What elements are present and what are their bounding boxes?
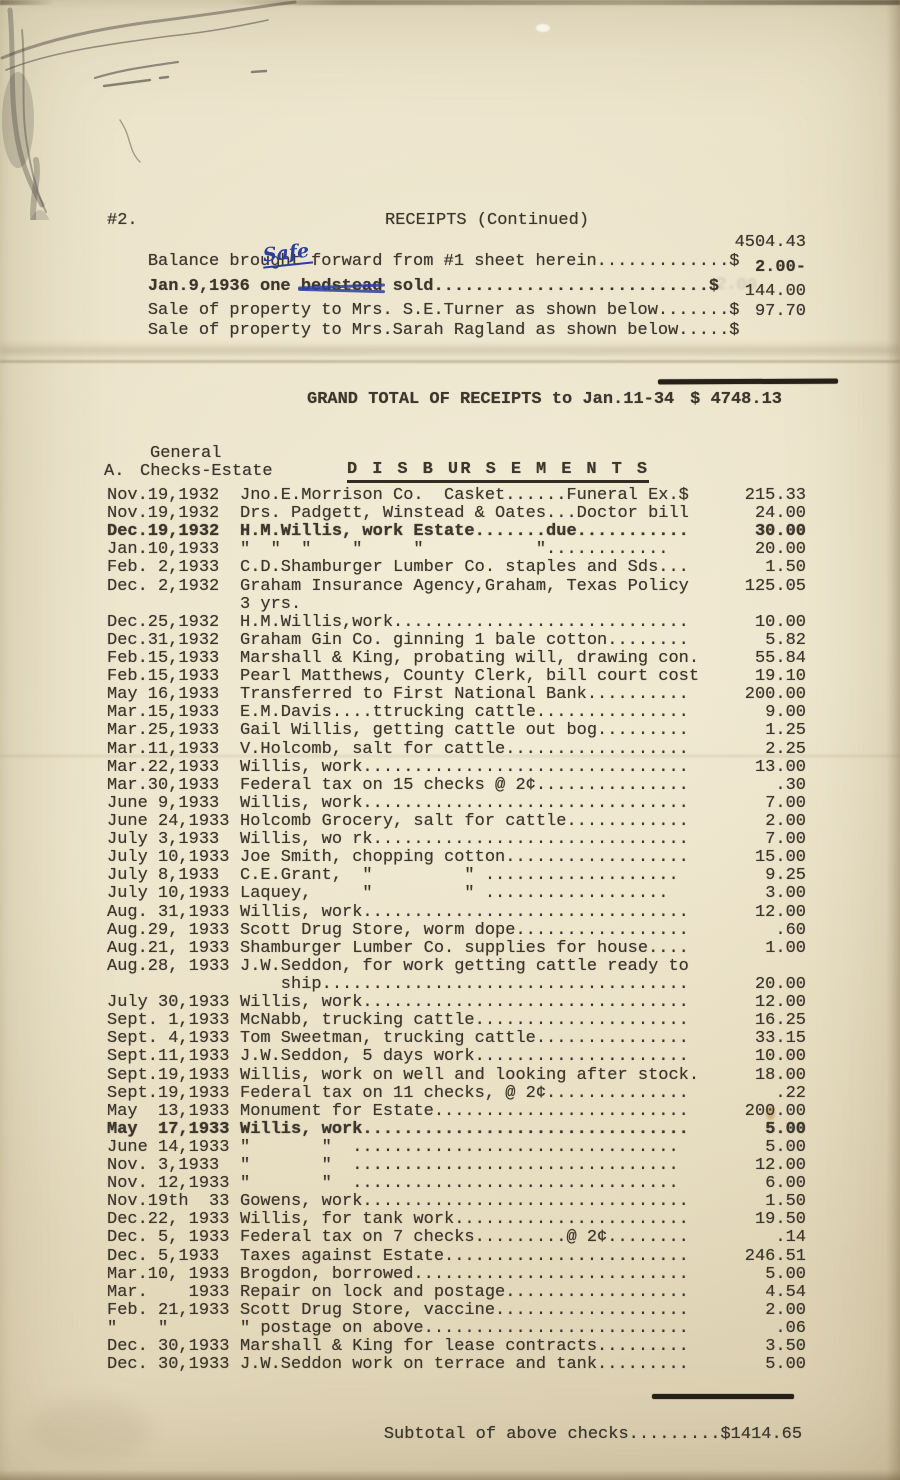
- row-amount: 5.00: [765, 1356, 806, 1374]
- table-row: May 16,1933Transferred to First National…: [107, 686, 806, 704]
- row-desc: Graham Gin Co. ginning 1 bale cotton....…: [240, 631, 689, 650]
- disbursements-title: D I S B UR S E M E N T S: [347, 460, 649, 483]
- table-row: Dec. 30,1933J.W.Seddon work on terrace a…: [107, 1356, 806, 1374]
- receipt-row-edited: Jan.9,1936 one bedstead sold............…: [107, 258, 806, 278]
- table-row: Dec.25,1932H.M.Willis,work..............…: [107, 614, 806, 632]
- row-amount: 20.00: [755, 976, 806, 994]
- row-amount: 3.00: [765, 885, 806, 903]
- row-date: Sept. 1,1933: [107, 1012, 240, 1030]
- table-row: Feb.15,1933Marshall & King, probating wi…: [107, 650, 806, 668]
- row-date: Mar.11,1933: [107, 741, 240, 759]
- row-amount: 3.50: [765, 1338, 806, 1356]
- row-amount: 200.00: [745, 686, 806, 704]
- table-row: Mar.22,1933Willis, work.................…: [107, 759, 806, 777]
- row-amount: 7.00: [765, 795, 806, 813]
- row-date: Nov.19,1932: [107, 487, 240, 505]
- row-amount: .14: [775, 1229, 806, 1247]
- table-row: Mar. 1933Repair on lock and postage.....…: [107, 1284, 806, 1302]
- table-row: Mar.11,1933V.Holcomb, salt for cattle...…: [107, 741, 806, 759]
- row-amount: 9.25: [765, 867, 806, 885]
- row-desc: Laquey, " " ..................: [240, 884, 668, 903]
- row-desc: J.W.Seddon work on terrace and tank.....…: [240, 1355, 689, 1374]
- row-desc: " " " " " "............: [240, 540, 668, 559]
- table-row: Feb. 21,1933Scott Drug Store, vaccine...…: [107, 1302, 806, 1320]
- row-date: Mar.25,1933: [107, 722, 240, 740]
- row-amount: 20.00: [755, 541, 806, 559]
- row-desc: Holcomb Grocery, salt for cattle........…: [240, 812, 689, 831]
- row-desc: V.Holcomb, salt for cattle..............…: [240, 740, 689, 759]
- row-desc: Willis, wo rk...........................…: [240, 830, 689, 849]
- item-letter: A.: [104, 462, 124, 481]
- row-date: July 30,1933: [107, 994, 240, 1012]
- scan-edge-right: [886, 0, 900, 1480]
- table-row: Sept.19,1933Willis, work on well and loo…: [107, 1067, 806, 1085]
- row-desc: Joe Smith, chopping cotton..............…: [240, 848, 689, 867]
- row-desc: McNabb, trucking cattle.................…: [240, 1011, 689, 1030]
- row-amount: 12.00: [755, 904, 806, 922]
- row-amount: 6.00: [765, 1175, 806, 1193]
- table-row: Aug.29, 1933Scott Drug Store, worm dope.…: [107, 922, 806, 940]
- table-row: Dec.19,1932H.M.Willis, work Estate......…: [107, 523, 806, 541]
- row-desc: Tom Sweetman, trucking cattle...........…: [240, 1029, 689, 1048]
- row-amount: 16.25: [755, 1012, 806, 1030]
- row-desc: Marshall & King, probating will, drawing…: [240, 649, 699, 668]
- row-date: June 14,1933: [107, 1139, 240, 1157]
- row-amount: 1.50: [765, 1193, 806, 1211]
- table-row: July 10,1933Joe Smith, chopping cotton..…: [107, 849, 806, 867]
- row-amount: 12.00: [755, 994, 806, 1012]
- item-label: Checks-Estate: [140, 462, 273, 481]
- row-date: Aug.21, 1933: [107, 940, 240, 958]
- row-desc: Federal tax on 11 checks, @ 2¢..........…: [240, 1084, 689, 1103]
- row-desc: Federal tax on 7 checks.........@ 2¢....…: [240, 1228, 689, 1247]
- row-desc: Taxes against Estate....................…: [240, 1247, 689, 1266]
- row-date: Sept.11,1933: [107, 1048, 240, 1066]
- row-desc: Willis, work on well and looking after s…: [240, 1066, 699, 1085]
- grand-total-label: GRAND TOTAL OF RECEIPTS to Jan.11-34: [307, 390, 674, 409]
- row-amount: 2.25: [765, 741, 806, 759]
- row-date: Feb.15,1933: [107, 668, 240, 686]
- row-date: Dec. 30,1933: [107, 1356, 240, 1374]
- paper-nick: [536, 24, 550, 32]
- receipt-amount: 4504.43: [735, 233, 806, 252]
- table-row: Feb. 2,1933C.D.Shamburger Lumber Co. sta…: [107, 559, 806, 577]
- row-date: May 17,1933: [107, 1121, 240, 1139]
- grand-total-overline: [658, 379, 838, 384]
- subtotal-label: Subtotal of above checks.........: [384, 1425, 721, 1444]
- receipt-amount: 144.00: [745, 282, 806, 301]
- row-date: Dec. 30,1933: [107, 1338, 240, 1356]
- table-row: July 10,1933Laquey, " " ................…: [107, 885, 806, 903]
- row-desc: 3 yrs.: [240, 595, 301, 614]
- row-desc: Monument for Estate.....................…: [240, 1102, 689, 1121]
- table-row: Feb.15,1933Pearl Matthews, County Clerk,…: [107, 668, 806, 686]
- table-row: June 14,1933" " ........................…: [107, 1139, 806, 1157]
- receipt-amount: 2.00-: [755, 258, 806, 277]
- table-row: Jan.10,1933" " " " " "............20.00: [107, 541, 806, 559]
- disbursements-table: Nov.19,1932Jno.E.Morrison Co. Casket....…: [107, 487, 806, 1374]
- row-desc: Transferred to First National Bank......…: [240, 685, 689, 704]
- row-date: Dec. 5,1933: [107, 1248, 240, 1266]
- row-amount: 5.00: [765, 1121, 806, 1139]
- row-amount: 55.84: [755, 650, 806, 668]
- row-date: Sept. 4,1933: [107, 1030, 240, 1048]
- row-desc: H.M.Willis, work Estate.......due.......…: [240, 522, 689, 541]
- table-row: Sept.19,1933Federal tax on 11 checks, @ …: [107, 1085, 806, 1103]
- table-row: Mar.10, 1933Brogdon, borrowed...........…: [107, 1266, 806, 1284]
- table-row: Dec.22, 1933Willis, for tank work.......…: [107, 1211, 806, 1229]
- row-desc: ship....................................: [240, 975, 689, 994]
- row-amount: 13.00: [755, 759, 806, 777]
- group-label: General: [150, 444, 221, 463]
- table-row: Nov.19th 33Gowens, work.................…: [107, 1193, 806, 1211]
- pencil-smudge: [0, 0, 300, 220]
- table-row: May 13,1933Monument for Estate..........…: [107, 1103, 806, 1121]
- grand-total-amount: $ 4748.13: [690, 390, 782, 409]
- row-date: July 10,1933: [107, 885, 240, 903]
- row-amount: 19.50: [755, 1211, 806, 1229]
- table-row: July 30,1933Willis, work................…: [107, 994, 806, 1012]
- subtotal-overline: [652, 1394, 794, 1399]
- receipt-amount: 97.70: [755, 302, 806, 321]
- row-amount: 1.50: [765, 559, 806, 577]
- scan-edge-bottom: [0, 1470, 900, 1480]
- sheet-number: #2.: [107, 211, 138, 230]
- row-date: June 24,1933: [107, 813, 240, 831]
- table-row: Sept. 1,1933McNabb, trucking cattle.....…: [107, 1012, 806, 1030]
- row-desc: Scott Drug Store, vaccine...............…: [240, 1301, 689, 1320]
- table-row: Aug.21, 1933Shamburger Lumber Co. suppli…: [107, 940, 806, 958]
- row-date: June 9,1933: [107, 795, 240, 813]
- table-row: Dec. 5, 1933Federal tax on 7 checks.....…: [107, 1229, 806, 1247]
- row-date: May 16,1933: [107, 686, 240, 704]
- row-date: May 13,1933: [107, 1103, 240, 1121]
- row-amount: 215.33: [745, 487, 806, 505]
- row-desc: Willis, work............................…: [240, 903, 689, 922]
- row-date: Dec.22, 1933: [107, 1211, 240, 1229]
- row-date: Sept.19,1933: [107, 1085, 240, 1103]
- row-date: July 10,1933: [107, 849, 240, 867]
- row-desc: Scott Drug Store, worm dope.............…: [240, 921, 689, 940]
- row-date: Dec.31,1932: [107, 632, 240, 650]
- table-row: Nov.19,1932Drs. Padgett, Winstead & Oate…: [107, 505, 806, 523]
- table-row: Nov. 12,1933" " ........................…: [107, 1175, 806, 1193]
- table-row: July 8,1933C.E.Grant, " " ..............…: [107, 867, 806, 885]
- row-date: Aug. 31,1933: [107, 904, 240, 922]
- receipts-title: RECEIPTS (Continued): [385, 211, 589, 230]
- row-amount: 200.00: [745, 1103, 806, 1121]
- table-row: Nov. 3,1933" " .........................…: [107, 1157, 806, 1175]
- row-date: July 3,1933: [107, 831, 240, 849]
- row-desc: Drs. Padgett, Winstead & Oates...Doctor …: [240, 504, 689, 523]
- fold-crease-line: [0, 360, 900, 363]
- row-date: Mar.22,1933: [107, 759, 240, 777]
- row-amount: .60: [775, 922, 806, 940]
- row-amount: 18.00: [755, 1067, 806, 1085]
- row-date: Mar.15,1933: [107, 704, 240, 722]
- row-date: Feb.15,1933: [107, 650, 240, 668]
- table-row: Mar.15,1933E.M.Davis....ttrucking cattle…: [107, 704, 806, 722]
- row-desc: J.W.Seddon, for work getting cattle read…: [240, 957, 689, 976]
- row-date: Dec.25,1932: [107, 614, 240, 632]
- corner-shade: [30, 1400, 150, 1460]
- row-amount: 33.15: [755, 1030, 806, 1048]
- row-amount: 2.00: [765, 813, 806, 831]
- scan-edge-top: [0, 0, 900, 5]
- row-desc: " " ................................: [240, 1156, 679, 1175]
- subtotal-line: Subtotal of above checks.........$1414.6…: [343, 1406, 802, 1463]
- row-date: Mar. 1933: [107, 1284, 240, 1302]
- row-date: Mar.30,1933: [107, 777, 240, 795]
- row-date: " ": [107, 1320, 240, 1338]
- row-date: Dec. 5, 1933: [107, 1229, 240, 1247]
- row-amount: .22: [775, 1085, 806, 1103]
- row-desc: Willis, work............................…: [240, 794, 689, 813]
- table-row: Mar.30,1933Federal tax on 15 checks @ 2¢…: [107, 777, 806, 795]
- row-amount: 246.51: [745, 1248, 806, 1266]
- row-date: Sept.19,1933: [107, 1067, 240, 1085]
- row-amount: 5.00: [765, 1266, 806, 1284]
- row-date: Aug.28, 1933: [107, 958, 240, 976]
- row-amount: .06: [775, 1320, 806, 1338]
- row-amount: 19.10: [755, 668, 806, 686]
- table-row: June 24,1933Holcomb Grocery, salt for ca…: [107, 813, 806, 831]
- row-amount: 10.00: [755, 1048, 806, 1066]
- table-row: ship....................................…: [107, 976, 806, 994]
- row-amount: 4.54: [765, 1284, 806, 1302]
- row-date: Dec. 2,1932: [107, 578, 240, 596]
- row-desc: Gowens, work............................…: [240, 1192, 689, 1211]
- row-amount: 30.00: [755, 523, 806, 541]
- row-date: Aug.29, 1933: [107, 922, 240, 940]
- table-row: 3 yrs.: [107, 596, 806, 614]
- row-date: Mar.10, 1933: [107, 1266, 240, 1284]
- table-row: Aug.28, 1933J.W.Seddon, for work getting…: [107, 958, 806, 976]
- row-desc: Gail Willis, getting cattle out bog.....…: [240, 721, 689, 740]
- row-date: Dec.19,1932: [107, 523, 240, 541]
- row-desc: Federal tax on 15 checks @ 2¢...........…: [240, 776, 689, 795]
- row-amount: 7.00: [765, 831, 806, 849]
- row-desc: Marshall & King for lease contracts.....…: [240, 1337, 689, 1356]
- subtotal-amount: $1414.65: [720, 1425, 802, 1444]
- row-desc: " " ................................: [240, 1174, 679, 1193]
- scanned-ledger-page: #2. RECEIPTS (Continued) Balance brought…: [0, 0, 900, 1480]
- row-amount: 1.25: [765, 722, 806, 740]
- row-amount: 24.00: [755, 505, 806, 523]
- row-desc: Graham Insurance Agency,Graham, Texas Po…: [240, 577, 689, 596]
- row-date: Nov. 3,1933: [107, 1157, 240, 1175]
- row-desc: Willis, work............................…: [240, 993, 689, 1012]
- table-row: Mar.25,1933Gail Willis, getting cattle o…: [107, 722, 806, 740]
- row-date: Jan.10,1933: [107, 541, 240, 559]
- row-amount: 9.00: [765, 704, 806, 722]
- table-row: Nov.19,1932Jno.E.Morrison Co. Casket....…: [107, 487, 806, 505]
- row-date: July 8,1933: [107, 867, 240, 885]
- table-row: Dec.31,1932Graham Gin Co. ginning 1 bale…: [107, 632, 806, 650]
- row-desc: Repair on lock and postage..............…: [240, 1283, 689, 1302]
- receipt-row: Sale of property to Mrs.Sarah Ragland as…: [107, 302, 806, 322]
- row-amount: 1.00: [765, 940, 806, 958]
- receipt-text: Sale of property to Mrs.Sarah Ragland as…: [148, 321, 740, 340]
- row-desc: Willis, work............................…: [240, 1120, 689, 1139]
- row-desc: " " ................................: [240, 1138, 679, 1157]
- row-amount: .30: [775, 777, 806, 795]
- row-amount: 5.82: [765, 632, 806, 650]
- row-amount: 10.00: [755, 614, 806, 632]
- row-desc: H.M.Willis,work.........................…: [240, 613, 689, 632]
- row-desc: Pearl Matthews, County Clerk, bill court…: [240, 667, 699, 686]
- row-amount: 12.00: [755, 1157, 806, 1175]
- table-row: Sept. 4,1933Tom Sweetman, trucking cattl…: [107, 1030, 806, 1048]
- row-date: Nov. 12,1933: [107, 1175, 240, 1193]
- table-row: Aug. 31,1933Willis, work................…: [107, 904, 806, 922]
- table-row: July 3,1933Willis, wo rk................…: [107, 831, 806, 849]
- row-desc: Willis, work............................…: [240, 758, 689, 777]
- row-amount: 2.00: [765, 1302, 806, 1320]
- table-row: " "" postage on above...................…: [107, 1320, 806, 1338]
- row-desc: Brogdon, borrowed.......................…: [240, 1265, 689, 1284]
- row-date: Feb. 21,1933: [107, 1302, 240, 1320]
- receipt-row: Sale of property to Mrs. S.E.Turner as s…: [107, 282, 806, 302]
- row-desc: Jno.E.Morrison Co. Casket......Funeral E…: [240, 486, 689, 505]
- row-desc: " postage on above......................…: [240, 1319, 689, 1338]
- row-desc: E.M.Davis....ttrucking cattle...........…: [240, 703, 689, 722]
- row-amount: 125.05: [745, 578, 806, 596]
- row-desc: C.D.Shamburger Lumber Co. staples and Sd…: [240, 558, 689, 577]
- table-row: Dec. 30,1933Marshall & King for lease co…: [107, 1338, 806, 1356]
- table-row: Sept.11,1933J.W.Seddon, 5 days work.....…: [107, 1048, 806, 1066]
- row-desc: Willis, for tank work...................…: [240, 1210, 689, 1229]
- row-desc: C.E.Grant, " " ...................: [240, 866, 679, 885]
- table-row: Dec. 5,1933Taxes against Estate.........…: [107, 1248, 806, 1266]
- row-amount: 15.00: [755, 849, 806, 867]
- row-desc: Shamburger Lumber Co. supplies for house…: [240, 939, 689, 958]
- row-date: Nov.19,1932: [107, 505, 240, 523]
- receipt-row: Balance brought forward from #1 sheet he…: [107, 233, 806, 253]
- row-date: Feb. 2,1933: [107, 559, 240, 577]
- row-amount: 5.00: [765, 1139, 806, 1157]
- table-row: June 9,1933Willis, work.................…: [107, 795, 806, 813]
- row-desc: J.W.Seddon, 5 days work.................…: [240, 1047, 689, 1066]
- table-row: Dec. 2,1932Graham Insurance Agency,Graha…: [107, 578, 806, 596]
- table-row: May 17,1933Willis, work.................…: [107, 1121, 806, 1139]
- row-date: Nov.19th 33: [107, 1193, 240, 1211]
